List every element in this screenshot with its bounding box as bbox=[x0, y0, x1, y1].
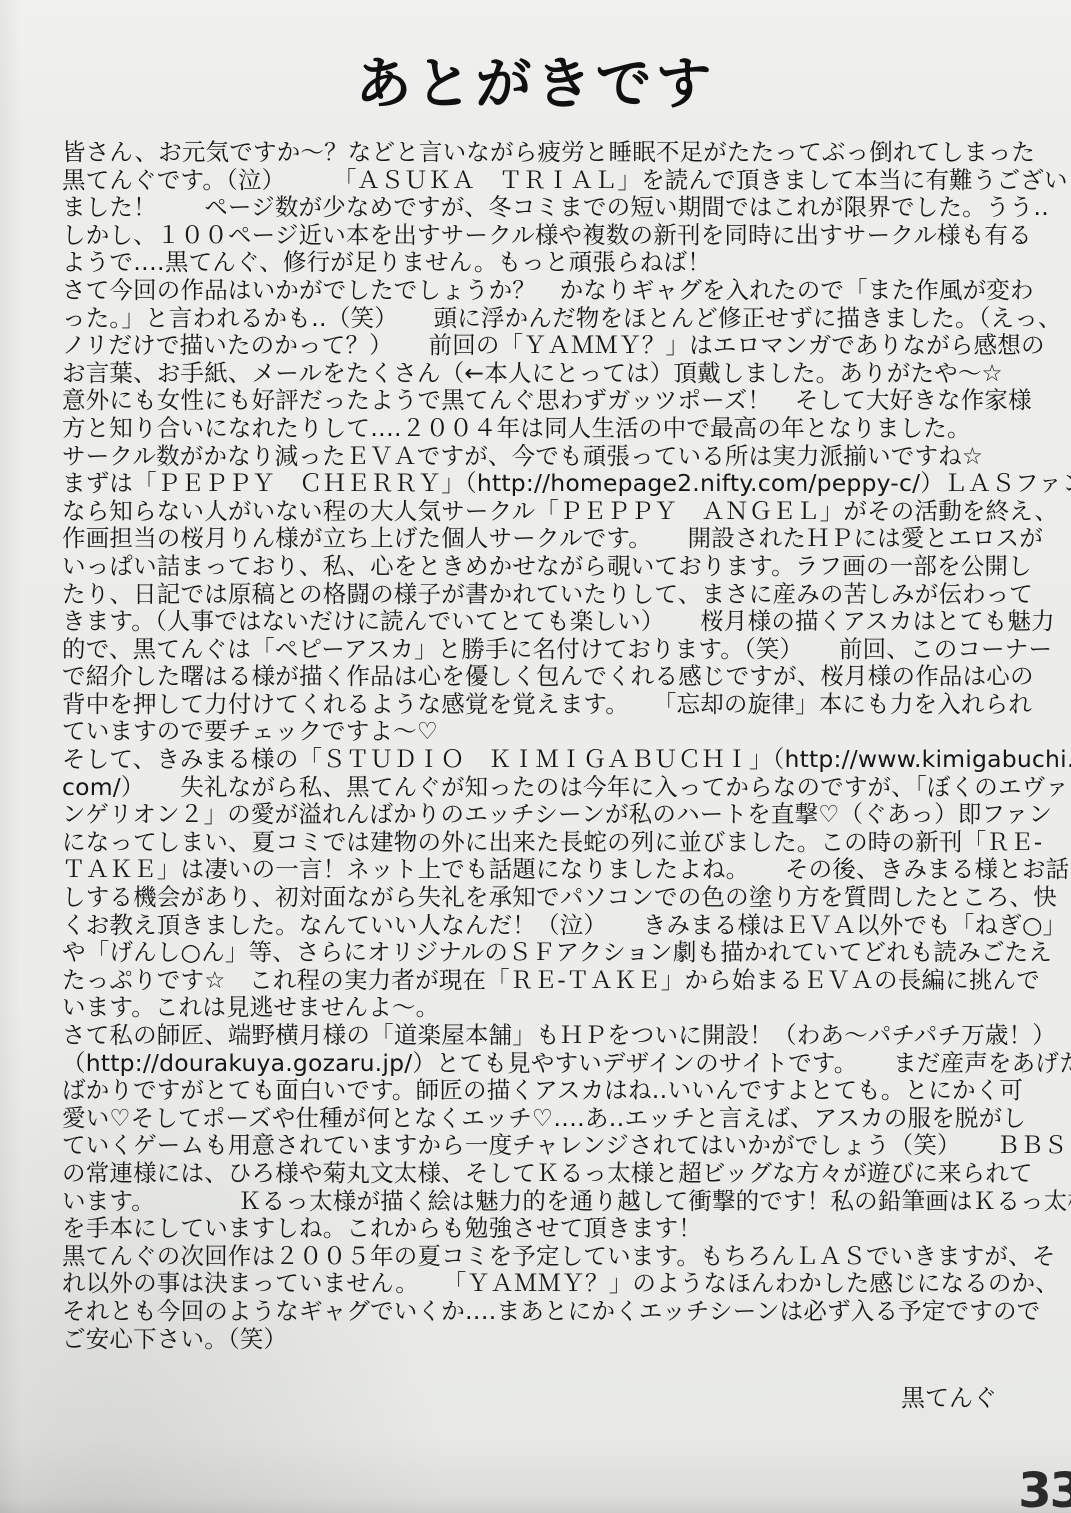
text-line: きます。（人事ではないだけに読んでいてとても楽しい） 桜月様の描くアスカはとても… bbox=[62, 608, 1017, 636]
text-line: れ以外の事は決まっていません。 「ＹＡＭＭＹ？」のようなほんわかした感じになるの… bbox=[62, 1270, 1017, 1298]
text-line: ようで‥‥黒てんぐ、修行が足りません。もっと頑張らねば！ bbox=[62, 249, 1017, 277]
text-line: 方と知り合いになれたりして‥‥２００４年は同人生活の中で最高の年となりました。 bbox=[62, 415, 1017, 443]
text-line: や「げんし○ん」等、さらにオリジナルのＳＦアクション劇も描かれていてどれも読みご… bbox=[62, 939, 1017, 967]
text-line: ました！ ページ数が少なめですが、冬コミまでの短い期間ではこれが限界でした。うう… bbox=[62, 194, 1017, 222]
text-line: 黒てんぐの次回作は２００５年の夏コミを予定しています。もちろんＬＡＳでいきますが… bbox=[62, 1243, 1017, 1271]
text-line: しする機会があり、初対面ながら失礼を承知でパソコンでの色の塗り方を質問したところ… bbox=[62, 884, 1017, 912]
text-line: で紹介した曙はる様が描く作品は心を優しく包んでくれる感じですが、桜月様の作品は心… bbox=[62, 663, 1017, 691]
text-line: たっぷりです☆ これ程の実力者が現在「ＲＥ‐ＴＡＫＥ」から始まるＥＶＡの長編に挑… bbox=[62, 967, 1017, 995]
text-line: ご安心下さい。（笑） bbox=[62, 1326, 1017, 1354]
author-signature: 黒てんぐ bbox=[901, 1378, 997, 1413]
text-line: （http://dourakuya.gozaru.jp/）とても見やすいデザイン… bbox=[62, 1050, 1017, 1078]
scanned-afterword-page: あとがきです 皆さん、お元気ですか～？などと言いながら疲労と睡眠不足がたたってぶ… bbox=[0, 0, 1071, 1513]
afterword-body-text: 皆さん、お元気ですか～？などと言いながら疲労と睡眠不足がたたってぶっ倒れてしまっ… bbox=[62, 139, 1017, 1353]
text-line: そして、きみまる様の「ＳＴＵＤＩＯ ＫＩＭＩＧＡＢＵＣＨＩ」（http://ww… bbox=[62, 746, 1017, 774]
text-line: 黒てんぐです。（泣） 「ＡＳＵＫＡ ＴＲＩＡＬ」を読んで頂きまして本当に有難うご… bbox=[62, 167, 1017, 195]
text-line: 的で、黒てんぐは「ペピーアスカ」と勝手に名付けております。（笑） 前回、このコー… bbox=[62, 636, 1017, 664]
text-line: ンゲリオン２」の愛が溢れんばかりのエッチシーンが私のハートを直撃♡（ぐあっ）即フ… bbox=[62, 801, 1017, 829]
text-line: それとも今回のようなギャグでいくか‥‥まあとにかくエッチシーンは必ず入る予定です… bbox=[62, 1298, 1017, 1326]
text-line: くお教え頂きました。なんていい人なんだ！（泣） きみまる様はＥＶＡ以外でも「ねぎ… bbox=[62, 912, 1017, 940]
text-line: しかし、１００ページ近い本を出すサークル様や複数の新刊を同時に出すサークル様も有… bbox=[62, 222, 1017, 250]
text-line: お言葉、お手紙、メールをたくさん（←本人にとっては）頂戴しました。ありがたや～☆ bbox=[62, 360, 1017, 388]
page-number: 33 bbox=[1018, 1463, 1071, 1513]
text-line: なら知らない人がいない程の大人気サークル「ＰＥＰＰＹ ＡＮＧＥＬ」がその活動を終… bbox=[62, 498, 1017, 526]
text-line: たり、日記では原稿との格闘の様子が書かれていたりして、まさに産みの苦しみが伝わっ… bbox=[62, 581, 1017, 609]
text-line: 愛い♡そしてポーズや仕種が何となくエッチ♡‥‥あ‥エッチと言えば、アスカの服を脱… bbox=[62, 1105, 1017, 1133]
text-line: を手本にしていますしね。これからも勉強させて頂きます！ bbox=[62, 1215, 1017, 1243]
text-line: 皆さん、お元気ですか～？などと言いながら疲労と睡眠不足がたたってぶっ倒れてしまっ… bbox=[62, 139, 1017, 167]
page-title: あとがきです bbox=[0, 40, 1071, 120]
text-line: まずは「ＰＥＰＰＹ ＣＨＥＲＲＹ」（http://homepage2.nifty… bbox=[62, 470, 1017, 498]
text-line: います。 Ｋるっ太様が描く絵は魅力的を通り越して衝撃的です！私の鉛筆画はＫるっ太… bbox=[62, 1188, 1017, 1216]
text-line: さて私の師匠、端野横月様の「道楽屋本舗」もＨＰをついに開設！（わあ～パチパチ万歳… bbox=[62, 1022, 1017, 1050]
text-line: ノリだけで描いたのかって？） 前回の「ＹＡＭＭＹ？」はエロマンガでありながら感想… bbox=[62, 332, 1017, 360]
text-line: 背中を押して力付けてくれるような感覚を覚えます。 「忘却の旋律」本にも力を入れら… bbox=[62, 691, 1017, 719]
text-line: ばかりですがとても面白いです。師匠の描くアスカはね‥いいんですよとても。とにかく… bbox=[62, 1077, 1017, 1105]
text-line: になってしまい、夏コミでは建物の外に出来た長蛇の列に並びました。この時の新刊「Ｒ… bbox=[62, 829, 1017, 857]
text-line: com/） 失礼ながら私、黒てんぐが知ったのは今年に入ってからなのですが、「ぼく… bbox=[62, 774, 1017, 802]
text-line: いっぱい詰まっており、私、心をときめかせながら覗いております。ラフ画の一部を公開… bbox=[62, 553, 1017, 581]
text-line: った。」と言われるかも‥（笑） 頭に浮かんだ物をほとんど修正せずに描きました。（… bbox=[62, 305, 1017, 333]
text-line: さて今回の作品はいかがでしたでしょうか？ かなりギャグを入れたので「また作風が変… bbox=[62, 277, 1017, 305]
text-line: います。これは見逃せませんよ～。 bbox=[62, 994, 1017, 1022]
text-line: の常連様には、ひろ様や菊丸文太様、そしてＫるっ太様と超ビッグな方々が遊びに来られ… bbox=[62, 1160, 1017, 1188]
text-line: 意外にも女性にも好評だったようで黒てんぐ思わずガッツポーズ！ そして大好きな作家… bbox=[62, 387, 1017, 415]
text-line: サークル数がかなり減ったＥＶＡですが、今でも頑張っている所は実力派揃いですね☆ bbox=[62, 443, 1017, 471]
text-line: ＴＡＫＥ」は凄いの一言！ネット上でも話題になりましたよね。 その後、きみまる様と… bbox=[62, 856, 1017, 884]
text-line: ていくゲームも用意されていますから一度チャレンジされてはいかがでしょう（笑） Ｂ… bbox=[62, 1132, 1017, 1160]
text-line: ていますので要チェックですよ～♡ bbox=[62, 718, 1017, 746]
text-line: 作画担当の桜月りん様が立ち上げた個人サークルです。 開設されたＨＰには愛とエロス… bbox=[62, 525, 1017, 553]
